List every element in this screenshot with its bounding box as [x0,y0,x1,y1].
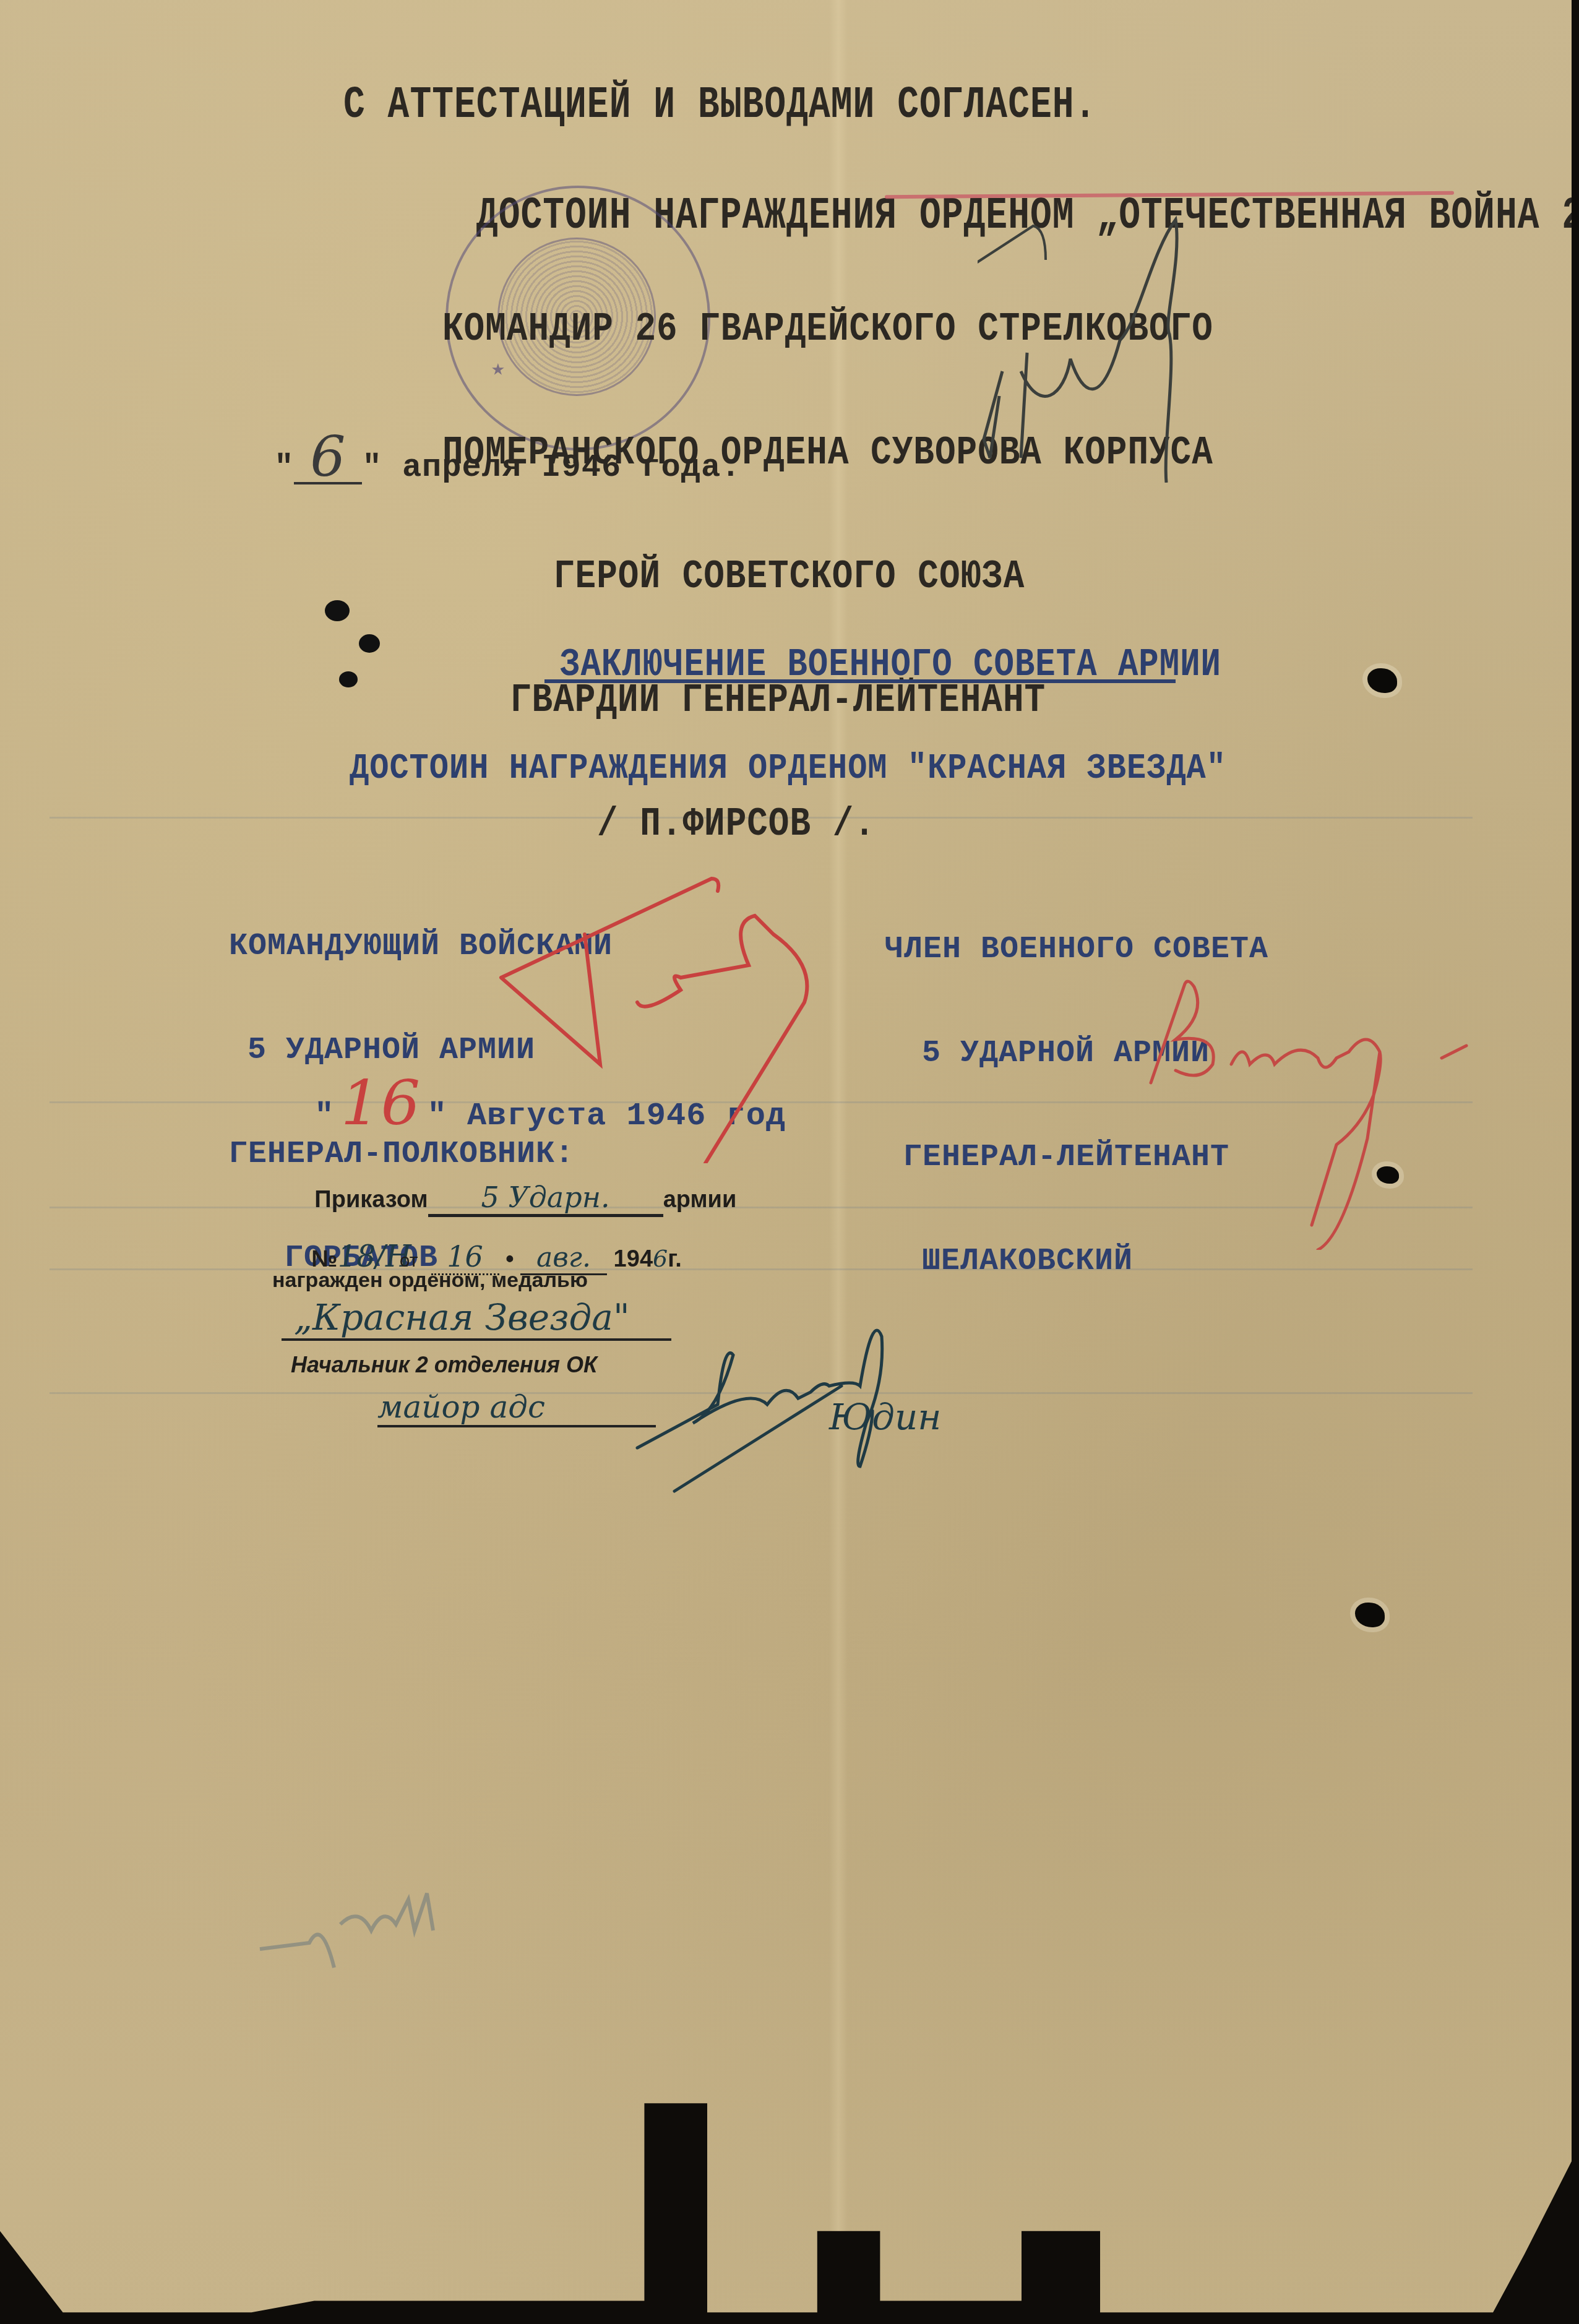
yudin-signature: Юдин [625,1318,1077,1504]
gorbatov-red-signature [495,866,829,1163]
firsov-signature [978,210,1275,483]
award-name-handwritten: „Красная Звезда" [282,1296,671,1341]
order-suffix: армии [663,1187,737,1213]
date-day-red-pencil: 16 [334,1067,427,1139]
ink-blot [359,634,380,653]
bleed-through-scribble [247,1844,507,1980]
document-page: С АТТЕСТАЦИЕЙ И ВЫВОДАМИ СОГЛАСЕН. ДОСТО… [0,0,1572,2324]
signatory-line: ГЕРОЙ СОВЕТСКОГО СОЮЗА [442,556,1213,598]
agreement-line: С АТТЕСТАЦИЕЙ И ВЫВОДАМИ СОГЛАСЕН. [343,80,1096,131]
punch-hole [1355,1603,1385,1627]
punch-hole [1367,668,1397,693]
heading-underline [544,679,1176,683]
ink-blot [339,671,358,687]
year-digit-handwritten: 6 [653,1245,668,1272]
corps-date-line: "6" апреля I946 года. [155,396,741,522]
signatory-line: / П.ФИРСОВ /. [442,804,1213,845]
year-suffix: г. [668,1246,682,1272]
council-decision: ДОСТОИН НАГРАЖДЕНИЯ ОРДЕНОМ "КРАСНАЯ ЗВЕ… [350,749,1226,789]
shelakovsky-red-signature [1138,965,1547,1250]
year-prefix: 194 [614,1246,653,1272]
army-fill-handwritten: 5 Ударн. [428,1181,663,1217]
ink-blot [325,600,350,621]
signatory-line: ЧЛЕН ВОЕННОГО СОВЕТА [885,932,1268,967]
rank-handwritten: майор адс [377,1389,656,1427]
awarded-line: награжден орденом, медалью [272,1268,588,1293]
order-label: Приказом [314,1187,428,1213]
date-day-handwritten: 6 [294,433,362,484]
chief-line: Начальник 2 отделения ОК [291,1352,597,1378]
date-month-year: апреля I946 года. [402,449,741,486]
yudin-name-handwritten: Юдин [828,1396,942,1438]
